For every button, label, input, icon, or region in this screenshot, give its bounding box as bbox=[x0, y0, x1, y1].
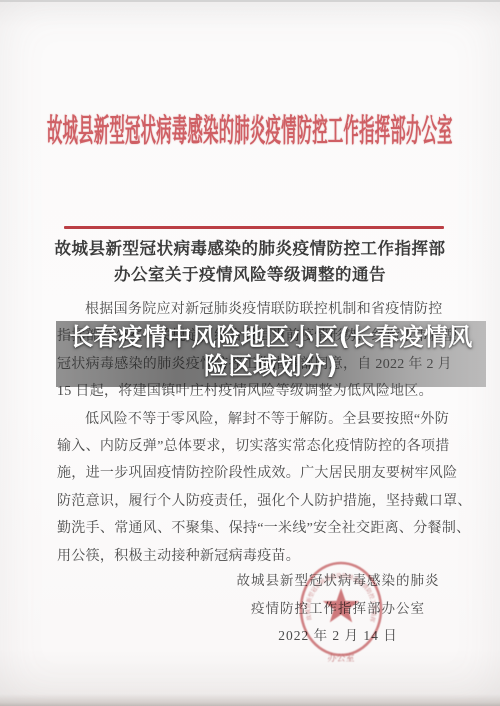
headline-overlay-band: 长春疫情中风险地区小区(长春疫情风 险区域划分) bbox=[56, 321, 486, 387]
doc-title-line1: 故城县新型冠状病毒感染的肺炎疫情防控工作指挥部 bbox=[0, 236, 500, 262]
doc-title: 故城县新型冠状病毒感染的肺炎疫情防控工作指挥部 办公室关于疫情风险等级调整的通告 bbox=[0, 236, 500, 288]
overlay-headline-line1: 长春疫情中风险地区小区(长春疫情风 bbox=[56, 323, 486, 352]
seal-ring-text: 故城县新型冠状病毒感染的肺炎疫情防控工作指挥部 bbox=[258, 526, 378, 623]
body-line: 防范意识，履行个人防疫责任，强化个人防护措施，坚持戴口罩、 bbox=[57, 488, 449, 515]
seal-star-icon bbox=[323, 588, 359, 622]
official-seal-stamp: 故城县新型冠状病毒感染的肺炎疫情防控工作指挥部 办公室 bbox=[258, 526, 424, 692]
doc-title-line2: 办公室关于疫情风险等级调整的通告 bbox=[0, 262, 500, 288]
body-line: 低风险不等于零风险，解封不等于解防。全县要按照“外防 bbox=[57, 406, 449, 433]
document-photo: 故城县新型冠状病毒感染的肺炎疫情防控工作指挥部办公室 故城县新型冠状病毒感染的肺… bbox=[0, 0, 500, 706]
red-header-banner: 故城县新型冠状病毒感染的肺炎疫情防控工作指挥部办公室 bbox=[0, 96, 500, 162]
photo-top-edge bbox=[0, 0, 500, 2]
body-line: 施，进一步巩固疫情防控阶段性成效。广大居民朋友要树牢风险 bbox=[57, 460, 449, 487]
red-header-text: 故城县新型冠状病毒感染的肺炎疫情防控工作指挥部办公室 bbox=[47, 107, 453, 151]
overlay-headline-line2: 险区域划分) bbox=[56, 352, 486, 381]
body-line: 输入、内防反弹”总体要求，切实落实常态化疫情防控的各项措 bbox=[57, 433, 449, 460]
body-line: 根据国务院应对新冠肺炎疫情联防联控机制和省疫情防控 bbox=[57, 296, 449, 323]
photo-bottom-edge bbox=[0, 694, 500, 706]
red-divider-line bbox=[64, 226, 444, 229]
seal-bottom-text: 办公室 bbox=[327, 652, 354, 663]
